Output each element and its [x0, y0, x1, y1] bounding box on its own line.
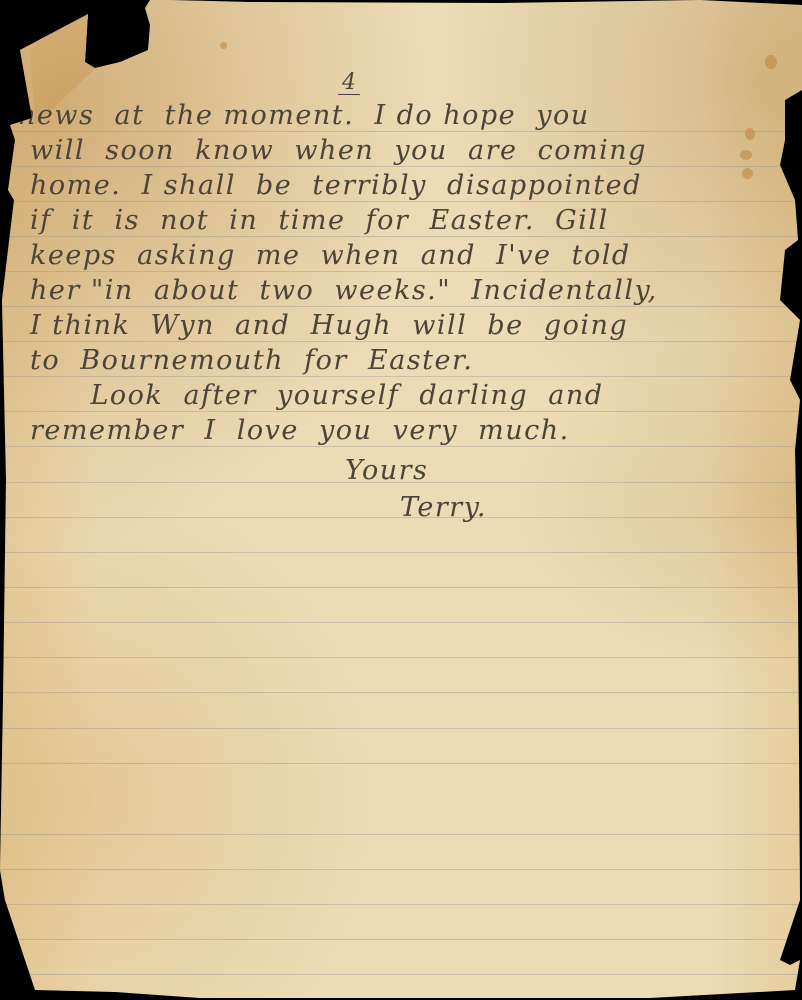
- ruled-line: [0, 587, 802, 588]
- ruled-line: [0, 939, 802, 940]
- ruled-line: [0, 974, 802, 975]
- ruled-line: [0, 728, 802, 729]
- letter-line: Look after yourself darling and: [30, 380, 604, 411]
- letter-closing: Yours: [345, 455, 428, 486]
- letter-line: if it is not in time for Easter. Gill: [30, 205, 609, 236]
- stain-spot: [765, 55, 777, 69]
- ruled-line: [0, 411, 802, 412]
- page-number: 4: [338, 72, 360, 95]
- ruled-line: [0, 552, 802, 553]
- ruled-line: [0, 622, 802, 623]
- letter-line: her "in about two weeks." Incidentally,: [30, 275, 658, 306]
- letter-line: will soon know when you are coming: [30, 135, 647, 166]
- ruled-line: [0, 166, 802, 167]
- ruled-line: [0, 376, 802, 377]
- letter-line: remember I love you very much.: [30, 415, 570, 446]
- letter-line: keeps asking me when and I've told: [30, 240, 631, 271]
- ruled-line: [0, 131, 802, 132]
- ruled-line: [0, 271, 802, 272]
- ruled-line: [0, 692, 802, 693]
- letter-line: home. I shall be terribly disappointed: [30, 170, 642, 201]
- ruled-line: [0, 446, 802, 447]
- stain-spot: [740, 150, 752, 160]
- ruled-line: [0, 657, 802, 658]
- ruled-line: [0, 201, 802, 202]
- stain-spot: [745, 128, 755, 140]
- letter-line: I think Wyn and Hugh will be going: [30, 310, 628, 341]
- ruled-line: [0, 306, 802, 307]
- stain-spot: [220, 42, 227, 49]
- letter-signature: Terry.: [400, 492, 487, 523]
- ruled-line: [0, 904, 802, 905]
- ruled-line: [0, 834, 802, 835]
- ruled-line: [0, 341, 802, 342]
- letter-page: 4 news at the moment. I do hope you will…: [0, 0, 802, 1000]
- ruled-line: [0, 763, 802, 764]
- ruled-line: [0, 236, 802, 237]
- stain-spot: [742, 168, 753, 179]
- letter-line: to Bournemouth for Easter.: [30, 345, 474, 376]
- ruled-line: [0, 869, 802, 870]
- letter-line: news at the moment. I do hope you: [18, 100, 590, 131]
